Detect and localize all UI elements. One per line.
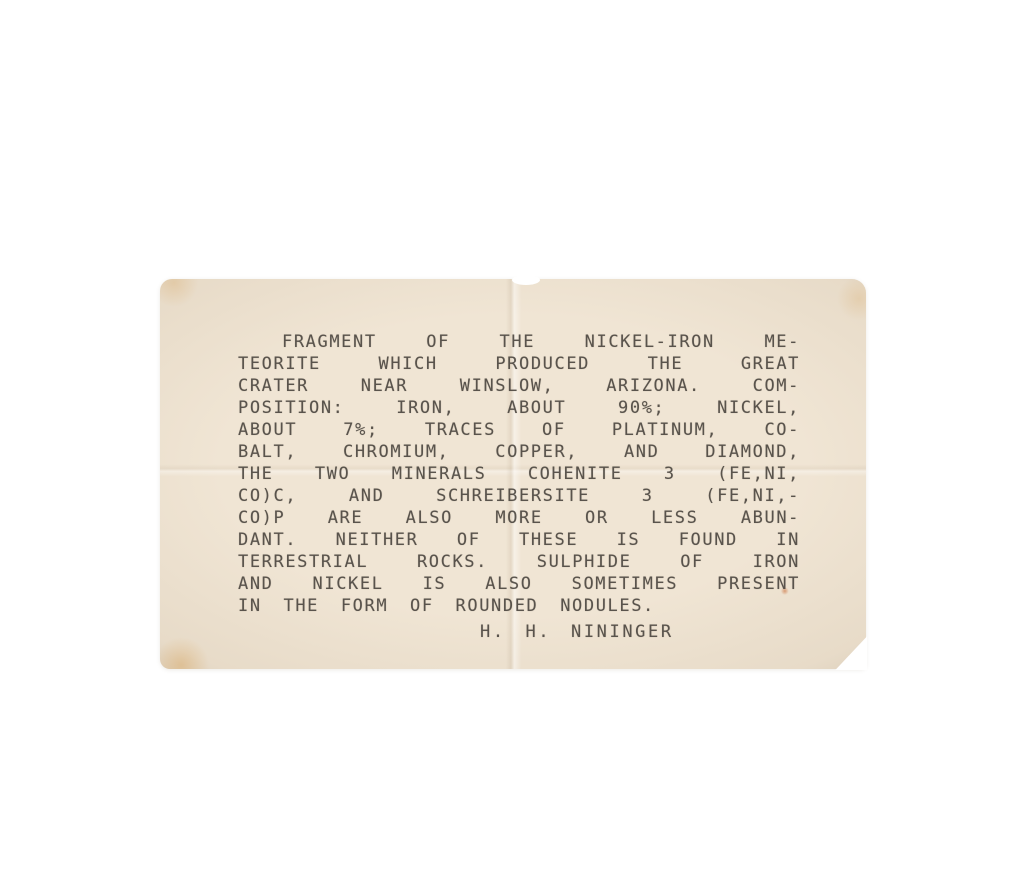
word: ALSO bbox=[406, 508, 453, 528]
word: AND bbox=[624, 442, 660, 462]
word: DANT. bbox=[238, 530, 297, 550]
word: LESS bbox=[651, 508, 698, 528]
word: ARE bbox=[328, 508, 364, 528]
label-text-line: IN THE FORM OF ROUNDED NODULES. bbox=[238, 596, 800, 618]
word: TWO bbox=[315, 464, 351, 484]
word: AND bbox=[349, 486, 385, 506]
word: THE bbox=[648, 354, 684, 374]
label-text-line: POSITION:IRON,ABOUT90%;NICKEL, bbox=[238, 398, 800, 420]
word: CO- bbox=[764, 420, 800, 440]
word: (FE,NI,- bbox=[705, 486, 800, 506]
label-text-line: TEORITEWHICHPRODUCEDTHEGREAT bbox=[238, 354, 800, 376]
word: THE bbox=[500, 332, 536, 352]
photo-background: FRAGMENTOFTHENICKEL-IRONME-TEORITEWHICHP… bbox=[0, 0, 1024, 875]
label-text-line: THETWOMINERALSCOHENITE3(FE,NI, bbox=[238, 464, 800, 486]
word: IS bbox=[617, 530, 641, 550]
word: THESE bbox=[519, 530, 578, 550]
label-text-line: ANDNICKELISALSOSOMETIMESPRESENT bbox=[238, 574, 800, 596]
word: ME- bbox=[764, 332, 800, 352]
word: COPPER, bbox=[495, 442, 578, 462]
word: WHICH bbox=[379, 354, 438, 374]
word: FOUND bbox=[679, 530, 738, 550]
word: TERRESTRIAL bbox=[238, 552, 368, 572]
word: ABUN- bbox=[741, 508, 800, 528]
word: FRAGMENT bbox=[282, 332, 377, 352]
word: NICKEL-IRON bbox=[585, 332, 715, 352]
word: DIAMOND, bbox=[705, 442, 800, 462]
word: 3 bbox=[664, 464, 676, 484]
word: IN bbox=[776, 530, 800, 550]
word: WINSLOW, bbox=[460, 376, 555, 396]
word: CRATER bbox=[238, 376, 309, 396]
word: COM- bbox=[753, 376, 800, 396]
word: POSITION: bbox=[238, 398, 345, 418]
word: MORE bbox=[495, 508, 542, 528]
word: GREAT bbox=[741, 354, 800, 374]
word: NICKEL bbox=[313, 574, 384, 594]
word: COHENITE bbox=[528, 464, 623, 484]
label-text-line: DANT.NEITHEROFTHESEISFOUNDIN bbox=[238, 530, 800, 552]
word: OF bbox=[457, 530, 481, 550]
word: TEORITE bbox=[238, 354, 321, 374]
label-text-line: CO)C,ANDSCHREIBERSITE3(FE,NI,- bbox=[238, 486, 800, 508]
word: NEITHER bbox=[336, 530, 419, 550]
signature: H. H. NININGER bbox=[238, 622, 800, 644]
word: PRESENT bbox=[717, 574, 800, 594]
word: OF bbox=[542, 420, 566, 440]
label-text-line: CRATERNEARWINSLOW,ARIZONA.COM- bbox=[238, 376, 800, 398]
word: SULPHIDE bbox=[537, 552, 632, 572]
specimen-label-card: FRAGMENTOFTHENICKEL-IRONME-TEORITEWHICHP… bbox=[160, 279, 866, 669]
label-text: FRAGMENTOFTHENICKEL-IRONME-TEORITEWHICHP… bbox=[238, 332, 800, 644]
label-text-line: TERRESTRIALROCKS.SULPHIDEOFIRON bbox=[238, 552, 800, 574]
label-text-line: ABOUT7%;TRACESOFPLATINUM,CO- bbox=[238, 420, 800, 442]
word: (FE,NI, bbox=[717, 464, 800, 484]
label-text-line: FRAGMENTOFTHENICKEL-IRONME- bbox=[238, 332, 800, 354]
word: ABOUT bbox=[238, 420, 297, 440]
word: ALSO bbox=[485, 574, 532, 594]
word: ABOUT bbox=[507, 398, 566, 418]
word: CO)C, bbox=[238, 486, 297, 506]
word: ARIZONA. bbox=[606, 376, 701, 396]
word: 7%; bbox=[343, 420, 379, 440]
word: BALT, bbox=[238, 442, 297, 462]
word: SOMETIMES bbox=[572, 574, 679, 594]
word: TRACES bbox=[425, 420, 496, 440]
word: MINERALS bbox=[392, 464, 487, 484]
label-text-line: BALT,CHROMIUM,COPPER,ANDDIAMOND, bbox=[238, 442, 800, 464]
word: CHROMIUM, bbox=[343, 442, 450, 462]
word: 90%; bbox=[618, 398, 665, 418]
word: IS bbox=[423, 574, 447, 594]
word: NICKEL, bbox=[717, 398, 800, 418]
word: AND bbox=[238, 574, 274, 594]
word: IRON, bbox=[396, 398, 455, 418]
label-text-line: CO)PAREALSOMOREORLESSABUN- bbox=[238, 508, 800, 530]
word: SCHREIBERSITE bbox=[436, 486, 590, 506]
word: PLATINUM, bbox=[612, 420, 719, 440]
word: THE bbox=[238, 464, 274, 484]
word: IRON bbox=[753, 552, 800, 572]
word: OF bbox=[680, 552, 704, 572]
word: ROCKS. bbox=[417, 552, 488, 572]
word: CO)P bbox=[238, 508, 285, 528]
word: NEAR bbox=[361, 376, 408, 396]
word: OF bbox=[426, 332, 450, 352]
word: 3 bbox=[642, 486, 654, 506]
word: OR bbox=[585, 508, 609, 528]
word: PRODUCED bbox=[495, 354, 590, 374]
